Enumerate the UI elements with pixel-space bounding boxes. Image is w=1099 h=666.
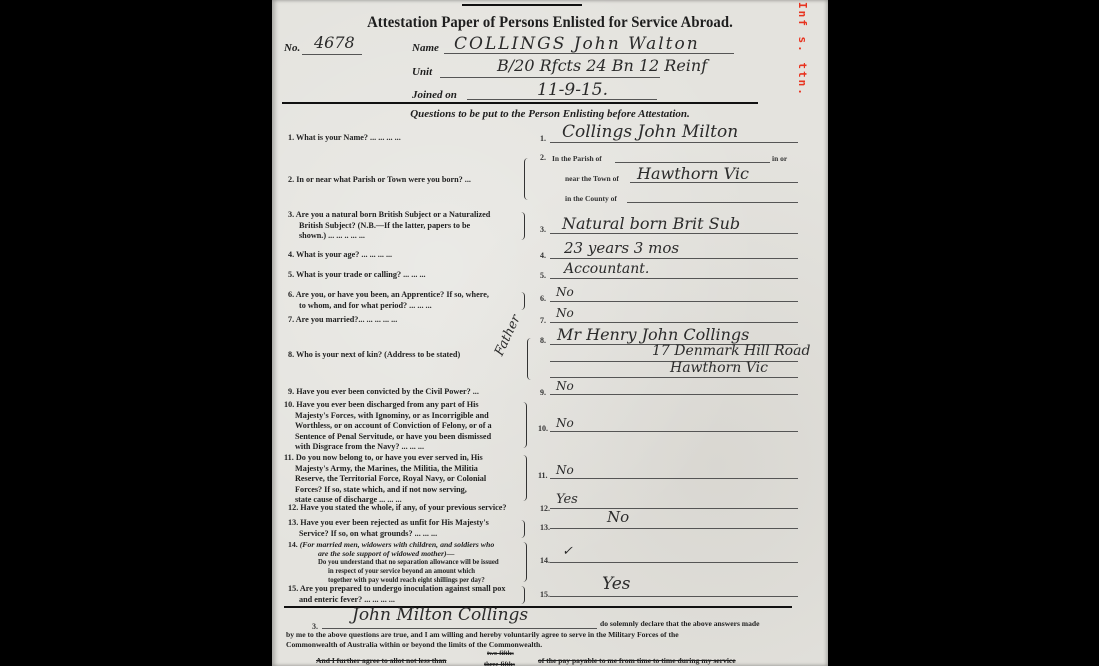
answer-2-num: 2. <box>540 153 546 162</box>
question-11: 11. Do you now belong to, or have you ev… <box>284 453 486 506</box>
question-9: 9. Have you ever been convicted by the C… <box>288 387 479 398</box>
document-title: Attestation Paper of Persons Enlisted fo… <box>294 14 806 32</box>
declaration-name-line <box>322 628 597 629</box>
answer-15: Yes <box>602 574 631 594</box>
question-1: 1. What is your Name? ... ... ... ... <box>288 133 401 144</box>
answer-6-line <box>550 301 798 302</box>
question-5: 5. What is your trade or calling? ... ..… <box>288 270 426 281</box>
answer-14: ✓ <box>562 544 573 559</box>
parish-label: In the Parish of <box>552 154 602 163</box>
question-12: 12. Have you stated the whole, if any, o… <box>288 503 506 514</box>
answer-15-line <box>550 596 798 597</box>
answer-9: No <box>556 379 574 393</box>
parish-line <box>615 162 770 163</box>
answer-1-num: 1. <box>540 134 546 143</box>
question-15: 15. Are you prepared to undergo inoculat… <box>288 584 505 605</box>
joined-value: 11-9-15. <box>537 80 608 100</box>
fraction-bottom: three-fifths <box>484 660 515 666</box>
answer-14-num: 14. <box>540 556 550 565</box>
brace-10 <box>522 402 527 448</box>
brace-2 <box>524 158 529 200</box>
parish-suffix: in or <box>772 154 787 163</box>
answer-12: Yes <box>556 492 578 507</box>
name-value: COLLINGS John Walton <box>454 34 700 54</box>
answer-3-num: 3. <box>540 225 546 234</box>
brace-15 <box>520 586 525 604</box>
question-3: 3. Are you a natural born British Subjec… <box>288 210 490 242</box>
county-label: in the County of <box>565 194 617 203</box>
brace-6 <box>520 292 525 310</box>
answer-4-num: 4. <box>540 251 546 260</box>
question-8: 8. Who is your next of kin? (Address to … <box>288 350 460 361</box>
answer-11: No <box>556 463 574 477</box>
joined-label: Joined on <box>412 89 457 101</box>
answer-8-name: Mr Henry John Collings <box>557 325 749 344</box>
answer-14-line <box>550 562 798 563</box>
answer-3-line <box>550 233 798 234</box>
answer-11-line <box>550 478 798 479</box>
answer-1-line <box>550 142 798 143</box>
answer-6-num: 6. <box>540 294 546 303</box>
declaration-line-4a: And I further agree to allot not less th… <box>316 656 447 666</box>
question-14: 14. (For married men, widowers with chil… <box>288 540 499 585</box>
answer-13-line <box>550 528 798 529</box>
town-label: near the Town of <box>565 174 619 183</box>
name-label: Name <box>412 42 439 54</box>
question-4: 4. What is your age? ... ... ... ... <box>288 250 392 261</box>
county-line <box>627 202 798 203</box>
answer-2-town: Hawthorn Vic <box>637 164 749 183</box>
answer-12-line <box>550 508 798 509</box>
answer-13: No <box>607 508 629 526</box>
question-13: 13. Have you ever been rejected as unfit… <box>288 518 489 539</box>
answer-10-line <box>550 431 798 432</box>
answer-13-num: 13. <box>540 523 550 532</box>
header-rule <box>282 102 758 104</box>
declaration-line-2: by me to the above questions are true, a… <box>286 630 679 641</box>
answer-4-line <box>550 258 798 259</box>
margin-note-father: Father <box>492 313 524 359</box>
question-7: 7. Are you married?... ... ... ... ... <box>288 315 397 326</box>
answer-8-num: 8. <box>540 336 546 345</box>
answer-10: No <box>556 416 574 430</box>
answer-15-num: 15. <box>540 590 550 599</box>
answer-4: 23 years 3 mos <box>564 239 679 257</box>
question-2: 2. In or near what Parish or Town were y… <box>288 175 471 186</box>
answer-7-line <box>550 322 798 323</box>
red-stamp: Inf s. ttn. <box>796 2 809 97</box>
brace-14 <box>522 542 527 582</box>
answer-9-line <box>550 394 798 395</box>
answer-3: Natural born Brit Sub <box>562 214 740 233</box>
unit-value: B/20 Rfcts 24 Bn 12 Reinf <box>497 56 707 75</box>
answer-7: No <box>556 306 574 320</box>
answer-9-num: 9. <box>540 388 546 397</box>
question-6: 6. Are you, or have you been, an Apprent… <box>288 290 489 311</box>
answer-6: No <box>556 285 574 299</box>
answer-5: Accountant. <box>564 261 649 277</box>
brace-3 <box>520 212 525 240</box>
answer-11-num: 11. <box>538 471 548 480</box>
declaration-line-1: do solemnly declare that the above answe… <box>600 619 760 630</box>
answer-8-line-3 <box>550 377 798 378</box>
brace-13 <box>520 520 525 538</box>
no-value: 4678 <box>314 33 355 52</box>
brace-8 <box>527 338 532 380</box>
no-label: No. <box>284 42 300 54</box>
answer-5-line <box>550 278 798 279</box>
brace-11 <box>522 455 527 501</box>
declaration-line-4b: of the pay payable to me from time to ti… <box>538 656 736 666</box>
answer-7-num: 7. <box>540 316 546 325</box>
attestation-paper: Attestation Paper of Persons Enlisted fo… <box>272 0 828 666</box>
declaration-signed-name: John Milton Collings <box>352 605 528 625</box>
answer-8-address: 17 Denmark Hill Road <box>652 343 810 359</box>
answer-1: Collings John Milton <box>562 122 738 142</box>
top-rule <box>462 4 582 6</box>
no-line <box>302 54 362 55</box>
answer-5-num: 5. <box>540 271 546 280</box>
unit-label: Unit <box>412 66 432 78</box>
questions-subtitle: Questions to be put to the Person Enlist… <box>272 108 828 120</box>
answer-10-num: 10. <box>538 424 548 433</box>
fraction-top: two-fifths <box>487 649 514 660</box>
answer-12-num: 12. <box>540 504 550 513</box>
unit-line <box>440 77 660 78</box>
answer-8-town: Hawthorn Vic <box>670 360 768 376</box>
question-10: 10. Have you ever been discharged from a… <box>284 400 492 453</box>
